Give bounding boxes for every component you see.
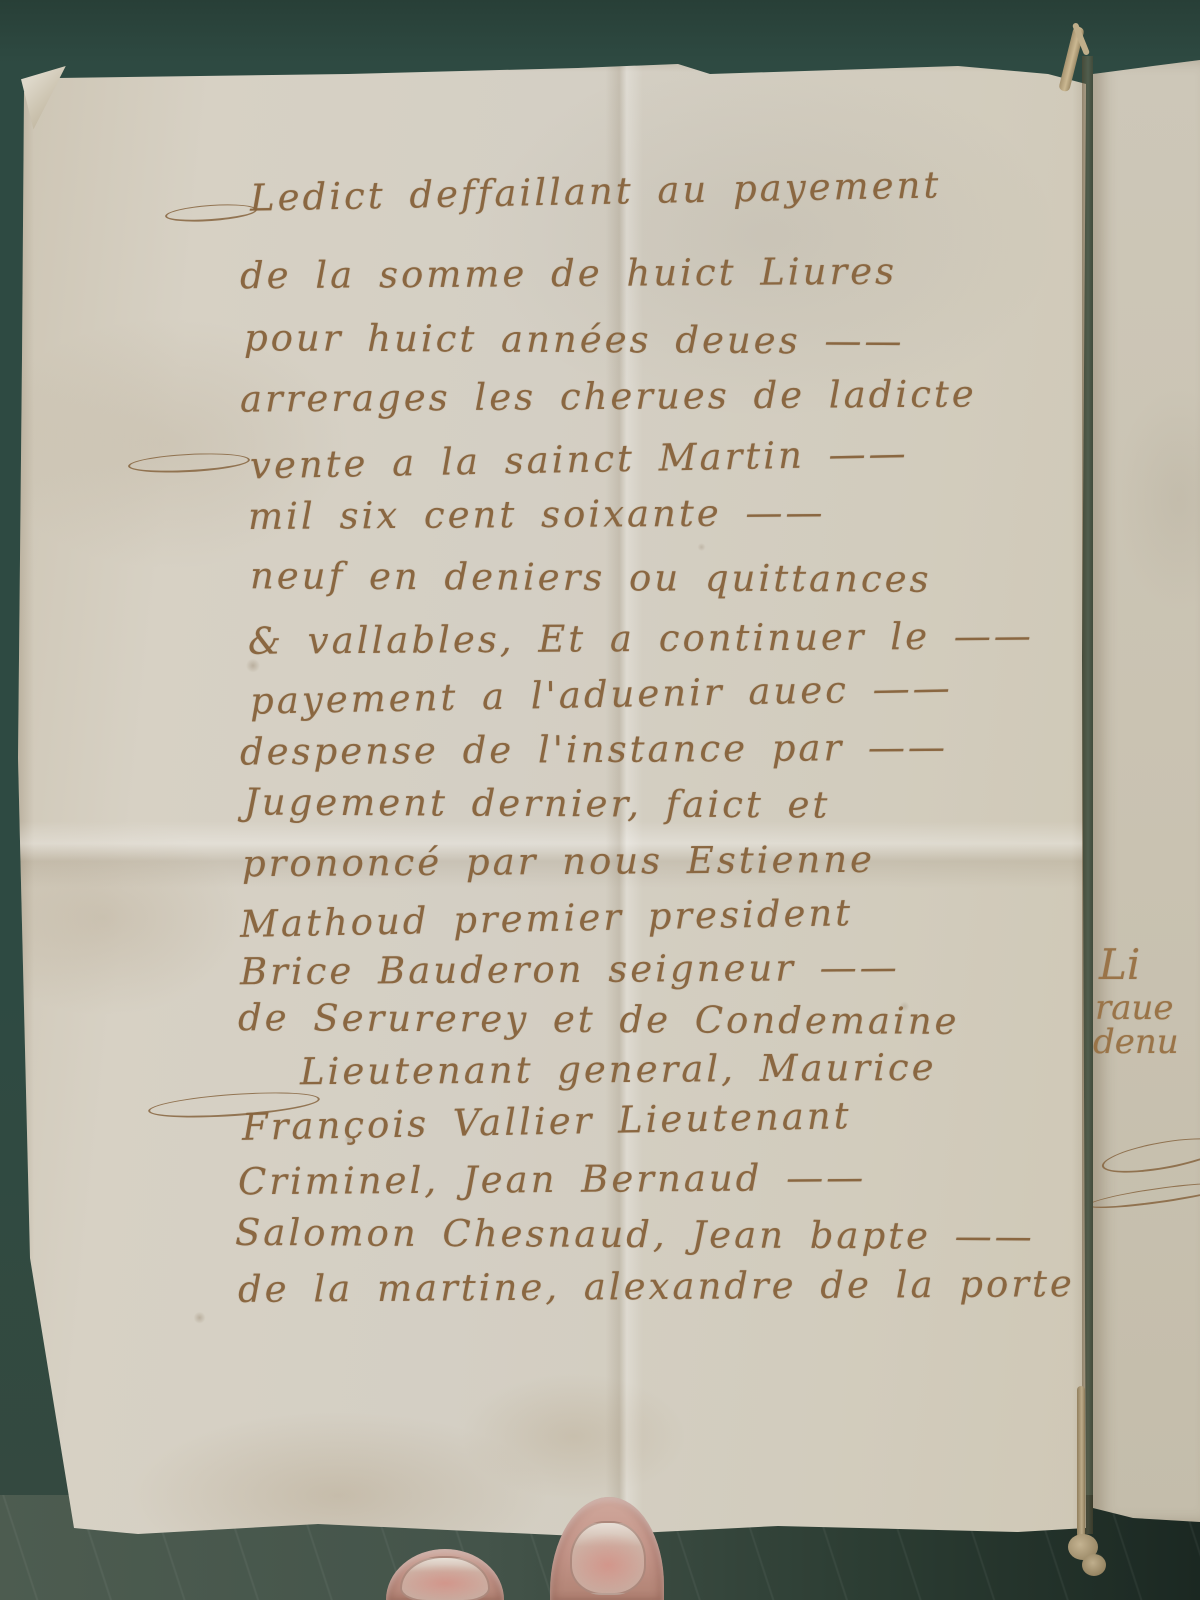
manuscript-line: vente a la sainct Martin —— — [250, 432, 909, 488]
manuscript-line: mil six cent soixante —— — [248, 491, 826, 538]
ink-flourish — [1093, 1178, 1200, 1213]
photo-of-manuscript: Ledict deffaillant au payement de la som… — [0, 0, 1200, 1600]
manuscript-line: Ledict deffaillant au payement — [250, 163, 942, 219]
manuscript-line: Brice Bauderon seigneur —— — [240, 946, 900, 994]
manuscript-line: pour huict années deues —— — [244, 316, 905, 362]
manuscript-line: & vallables, Et a continuer le —— — [248, 614, 1034, 662]
finger-left — [386, 1549, 504, 1600]
ink-flourish — [128, 451, 251, 475]
manuscript-line: Salomon Chesnaud, Jean bapte —— — [235, 1211, 1035, 1258]
manuscript-line: arrerages les cherues de ladicte — [240, 372, 977, 420]
binding-thread-bottom — [1077, 1386, 1085, 1538]
manuscript-line: payement a l'aduenir auec —— — [250, 666, 953, 722]
ink-flourish — [165, 202, 258, 224]
manuscript-line: de la martine, alexandre de la porte — [238, 1262, 1075, 1311]
ink-flourish — [1100, 1131, 1200, 1179]
manuscript-line: Lieutenant general, Maurice — [300, 1046, 937, 1093]
thread-knot — [1082, 1554, 1106, 1576]
manuscript-line: prononcé par nous Estienne — [242, 838, 875, 885]
manuscript-line: François Vallier Lieutenant — [242, 1094, 852, 1149]
adjacent-page: Li raue denu — [1093, 60, 1200, 1522]
manuscript-line: de la somme de huict Liures — [240, 250, 897, 298]
manuscript-line: Jugement dernier, faict et — [244, 780, 831, 826]
finger-right — [550, 1497, 664, 1600]
manuscript-line: neuf en deniers ou quittances — [250, 554, 932, 601]
manuscript-fragment: denu — [1093, 1022, 1179, 1062]
manuscript-page: Ledict deffaillant au payement de la som… — [18, 58, 1086, 1540]
manuscript-fragment: Li — [1099, 940, 1140, 989]
manuscript-line: Criminel, Jean Bernaud —— — [238, 1156, 866, 1203]
manuscript-line: despense de l'instance par —— — [240, 726, 948, 774]
page-fold-gutter — [1082, 56, 1093, 1534]
manuscript-line: Mathoud premier president — [240, 891, 854, 946]
fingernail — [570, 1521, 646, 1595]
manuscript-line: de Serurerey et de Condemaine — [238, 996, 960, 1043]
